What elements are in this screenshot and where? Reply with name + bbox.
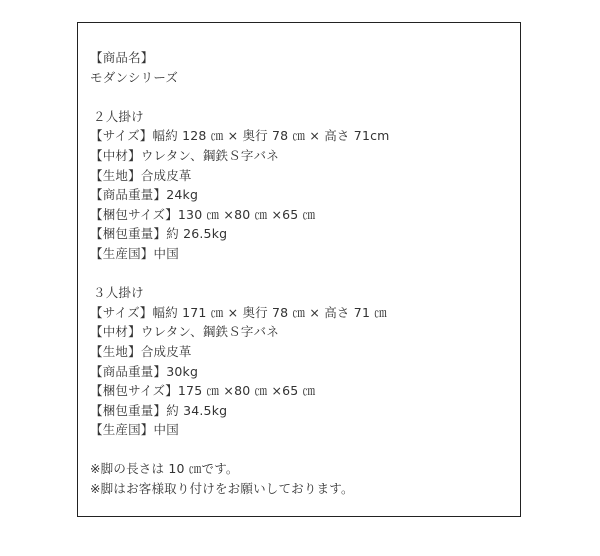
spec-label: 【生産国】 bbox=[90, 422, 154, 437]
spacer bbox=[90, 87, 510, 107]
spec-label: 【サイズ】 bbox=[90, 128, 153, 143]
spec-label: 【中材】 bbox=[90, 148, 141, 163]
note-leg-length: ※脚の長さは 10 ㎝です。 bbox=[90, 459, 510, 479]
note-leg-assembly: ※脚はお客様取り付けをお願いしております。 bbox=[90, 479, 510, 499]
spec-value: 合成皮革 bbox=[141, 344, 192, 359]
spec-row-package-size: 【梱包サイズ】130 ㎝ ×80 ㎝ ×65 ㎝ bbox=[90, 205, 510, 225]
spec-label: 【梱包サイズ】 bbox=[90, 383, 178, 398]
spec-value: 24kg bbox=[166, 187, 198, 202]
spec-value: 約 34.5kg bbox=[166, 403, 227, 418]
spec-value: 175 ㎝ ×80 ㎝ ×65 ㎝ bbox=[178, 383, 315, 398]
spec-value: ウレタン、鋼鉄Ｓ字バネ bbox=[141, 324, 279, 339]
variant-title: ３人掛け bbox=[90, 283, 510, 303]
spec-value: 中国 bbox=[154, 422, 179, 437]
spec-label: 【生産国】 bbox=[90, 246, 154, 261]
spec-row-fabric: 【生地】合成皮革 bbox=[90, 166, 510, 186]
spec-value: 中国 bbox=[154, 246, 179, 261]
spec-row-size: 【サイズ】幅約 171 ㎝ × 奥行 78 ㎝ × 高さ 71 ㎝ bbox=[90, 303, 510, 323]
spec-row-origin: 【生産国】中国 bbox=[90, 244, 510, 264]
spacer bbox=[90, 440, 510, 460]
spec-value: 幅約 171 ㎝ × 奥行 78 ㎝ × 高さ 71 ㎝ bbox=[153, 305, 387, 320]
spec-row-filling: 【中材】ウレタン、鋼鉄Ｓ字バネ bbox=[90, 146, 510, 166]
spacer bbox=[90, 264, 510, 284]
spec-value: ウレタン、鋼鉄Ｓ字バネ bbox=[141, 148, 279, 163]
spec-label: 【商品重量】 bbox=[90, 187, 166, 202]
product-name-value: モダンシリーズ bbox=[90, 68, 510, 88]
spec-label: 【中材】 bbox=[90, 324, 141, 339]
product-spec-content: 【商品名】 モダンシリーズ ２人掛け 【サイズ】幅約 128 ㎝ × 奥行 78… bbox=[90, 48, 510, 499]
spec-row-package-weight: 【梱包重量】約 34.5kg bbox=[90, 401, 510, 421]
spec-row-weight: 【商品重量】30kg bbox=[90, 362, 510, 382]
spec-row-origin: 【生産国】中国 bbox=[90, 420, 510, 440]
spec-value: 130 ㎝ ×80 ㎝ ×65 ㎝ bbox=[178, 207, 315, 222]
spec-row-weight: 【商品重量】24kg bbox=[90, 185, 510, 205]
spec-label: 【梱包重量】 bbox=[90, 403, 166, 418]
spec-value: 合成皮革 bbox=[141, 168, 192, 183]
spec-label: 【生地】 bbox=[90, 344, 141, 359]
product-spec-frame: 【商品名】 モダンシリーズ ２人掛け 【サイズ】幅約 128 ㎝ × 奥行 78… bbox=[77, 22, 521, 517]
spec-label: 【梱包サイズ】 bbox=[90, 207, 178, 222]
spec-value: 30kg bbox=[166, 364, 198, 379]
spec-row-size: 【サイズ】幅約 128 ㎝ × 奥行 78 ㎝ × 高さ 71cm bbox=[90, 126, 510, 146]
spec-label: 【商品重量】 bbox=[90, 364, 166, 379]
spec-row-package-size: 【梱包サイズ】175 ㎝ ×80 ㎝ ×65 ㎝ bbox=[90, 381, 510, 401]
variant-title: ２人掛け bbox=[90, 107, 510, 127]
spec-value: 幅約 128 ㎝ × 奥行 78 ㎝ × 高さ 71cm bbox=[153, 128, 390, 143]
spec-label: 【梱包重量】 bbox=[90, 226, 166, 241]
product-name-label: 【商品名】 bbox=[90, 48, 510, 68]
spec-row-filling: 【中材】ウレタン、鋼鉄Ｓ字バネ bbox=[90, 322, 510, 342]
spec-row-fabric: 【生地】合成皮革 bbox=[90, 342, 510, 362]
spec-value: 約 26.5kg bbox=[166, 226, 227, 241]
spec-row-package-weight: 【梱包重量】約 26.5kg bbox=[90, 224, 510, 244]
spec-label: 【サイズ】 bbox=[90, 305, 153, 320]
spec-label: 【生地】 bbox=[90, 168, 141, 183]
